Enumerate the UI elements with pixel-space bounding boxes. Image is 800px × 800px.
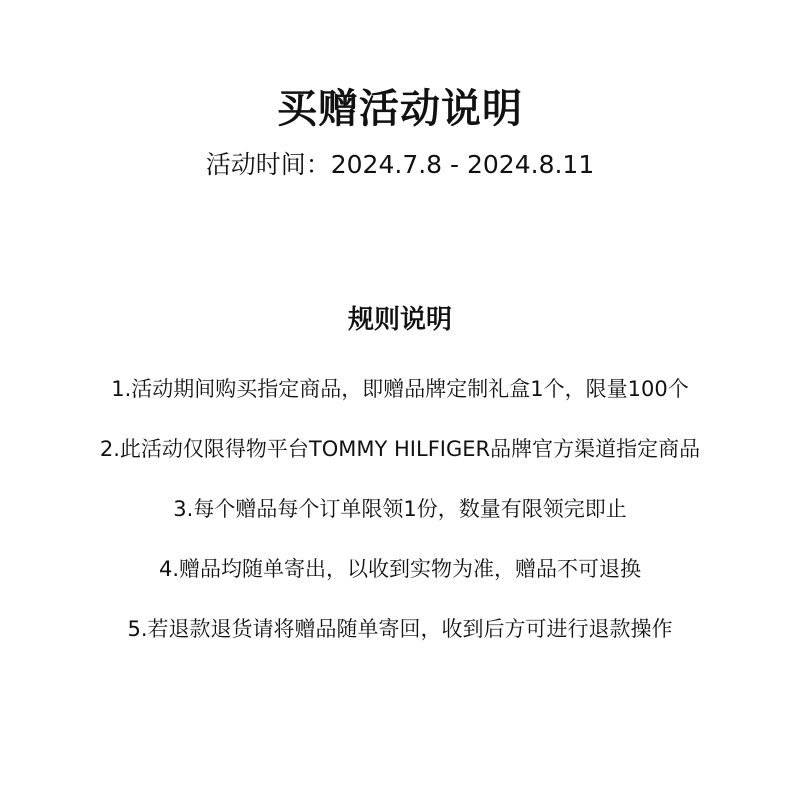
rule-item-5: 5.若退款退货请将赠品随单寄回，收到后方可进行退款操作: [0, 612, 800, 646]
rule-item-2: 2.此活动仅限得物平台TOMMY HILFIGER品牌官方渠道指定商品: [0, 432, 800, 466]
page-title: 买赠活动说明: [0, 82, 800, 136]
activity-period: 活动时间：2024.7.8 - 2024.8.11: [0, 146, 800, 184]
rule-item-3: 3.每个赠品每个订单限领1份，数量有限领完即止: [0, 492, 800, 526]
rule-item-4: 4.赠品均随单寄出，以收到实物为准，赠品不可退换: [0, 552, 800, 586]
rule-item-1: 1.活动期间购买指定商品，即赠品牌定制礼盒1个，限量100个: [0, 372, 800, 406]
rules-title: 规则说明: [0, 300, 800, 340]
